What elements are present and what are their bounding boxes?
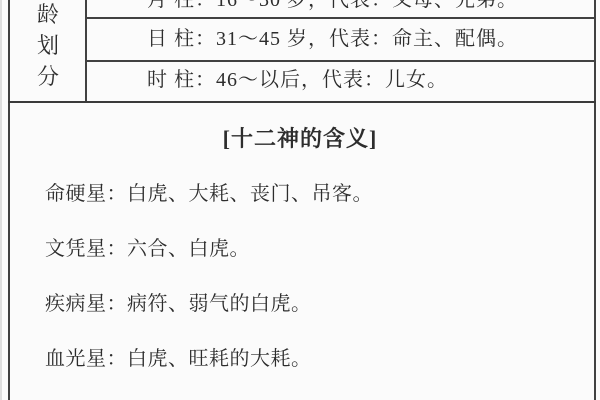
table-row-header-vertical: 年龄划分 [36, 0, 60, 92]
document-page: 年龄划分 月 柱：16～30 岁，代表：父母、兄弟。 日 柱：31～45 岁，代… [0, 0, 600, 400]
table-column-divider [85, 0, 87, 103]
table-row-month-pillar: 月 柱：16～30 岁，代表：父母、兄弟。 [147, 0, 518, 11]
table-bottom-border [8, 101, 596, 103]
list-item-ming-ying-star: 命硬星：白虎、大耗、丧门、吊客。 [45, 182, 373, 206]
table-row-separator [87, 60, 594, 62]
list-item-ji-bing-star: 疾病星：病符、弱气的白虎。 [45, 292, 312, 316]
list-item-xue-guang-star: 血光星：白虎、旺耗的大耗。 [45, 347, 312, 371]
table-row-separator [87, 17, 594, 19]
page-left-border [8, 0, 10, 400]
page-right-border [594, 0, 596, 400]
list-item-wen-ping-star: 文凭星：六合、白虎。 [45, 237, 250, 261]
section-title: [十二神的含义] [0, 122, 600, 153]
scan-edge-artifact [0, 0, 2, 400]
table-row-hour-pillar: 时 柱：46～以后，代表：儿女。 [147, 69, 448, 91]
table-row-day-pillar: 日 柱：31～45 岁，代表：命主、配偶。 [147, 28, 518, 50]
